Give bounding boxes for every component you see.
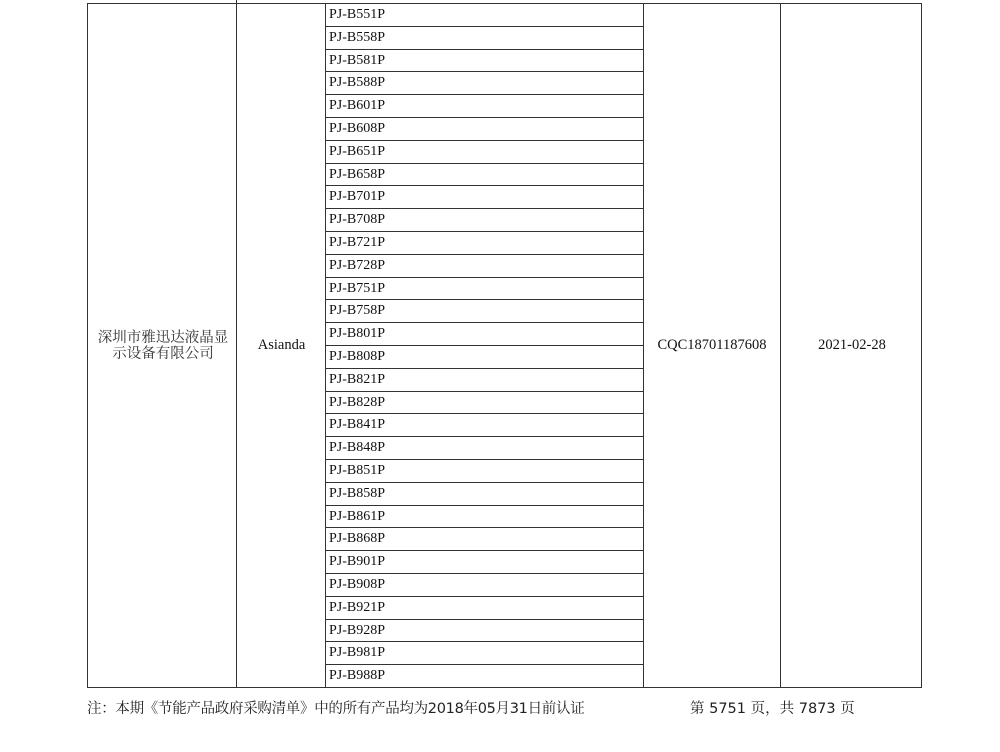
certificate-number: CQC18701187608 [657,337,766,354]
model-row: PJ-B581P [326,50,643,73]
model-row: PJ-B981P [326,642,643,665]
model-row: PJ-B728P [326,255,643,278]
model-row: PJ-B558P [326,27,643,50]
model-row: PJ-B801P [326,323,643,346]
model-row: PJ-B758P [326,300,643,323]
model-row: PJ-B808P [326,346,643,369]
model-row: PJ-B901P [326,551,643,574]
model-row: PJ-B751P [326,278,643,301]
brand-name: Asianda [258,337,306,354]
model-row: PJ-B708P [326,209,643,232]
expiry-date-cell: 2021-02-28 [782,4,922,687]
certificate-cell: CQC18701187608 [642,4,782,687]
model-row: PJ-B701P [326,186,643,209]
footer-note: 注：本期《节能产品政府采购清单》中的所有产品均为2018年05月31日前认证 [87,697,584,718]
model-row: PJ-B601P [326,95,643,118]
company-name: 深圳市雅迅达液晶显示设备有限公司 [91,330,235,362]
company-name-cell: 深圳市雅迅达液晶显示设备有限公司 [88,4,238,687]
brand-cell: Asianda [238,4,325,687]
model-row: PJ-B851P [326,460,643,483]
model-row: PJ-B848P [326,437,643,460]
model-row: PJ-B928P [326,620,643,643]
model-row: PJ-B861P [326,506,643,529]
model-row: PJ-B608P [326,118,643,141]
model-row: PJ-B821P [326,369,643,392]
model-list: PJ-B551PPJ-B558PPJ-B581PPJ-B588PPJ-B601P… [325,4,644,687]
model-row: PJ-B588P [326,72,643,95]
model-row: PJ-B921P [326,597,643,620]
model-row: PJ-B841P [326,414,643,437]
model-row: PJ-B828P [326,392,643,415]
model-row: PJ-B908P [326,574,643,597]
model-row: PJ-B988P [326,665,643,688]
model-row: PJ-B858P [326,483,643,506]
model-row: PJ-B651P [326,141,643,164]
model-row: PJ-B868P [326,528,643,551]
model-row: PJ-B551P [326,4,643,27]
product-table: 深圳市雅迅达液晶显示设备有限公司 Asianda PJ-B551PPJ-B558… [87,3,922,688]
page-indicator: 第 5751 页，共 7873 页 [690,697,855,718]
model-row: PJ-B721P [326,232,643,255]
expiry-date: 2021-02-28 [818,337,886,354]
model-row: PJ-B658P [326,164,643,187]
